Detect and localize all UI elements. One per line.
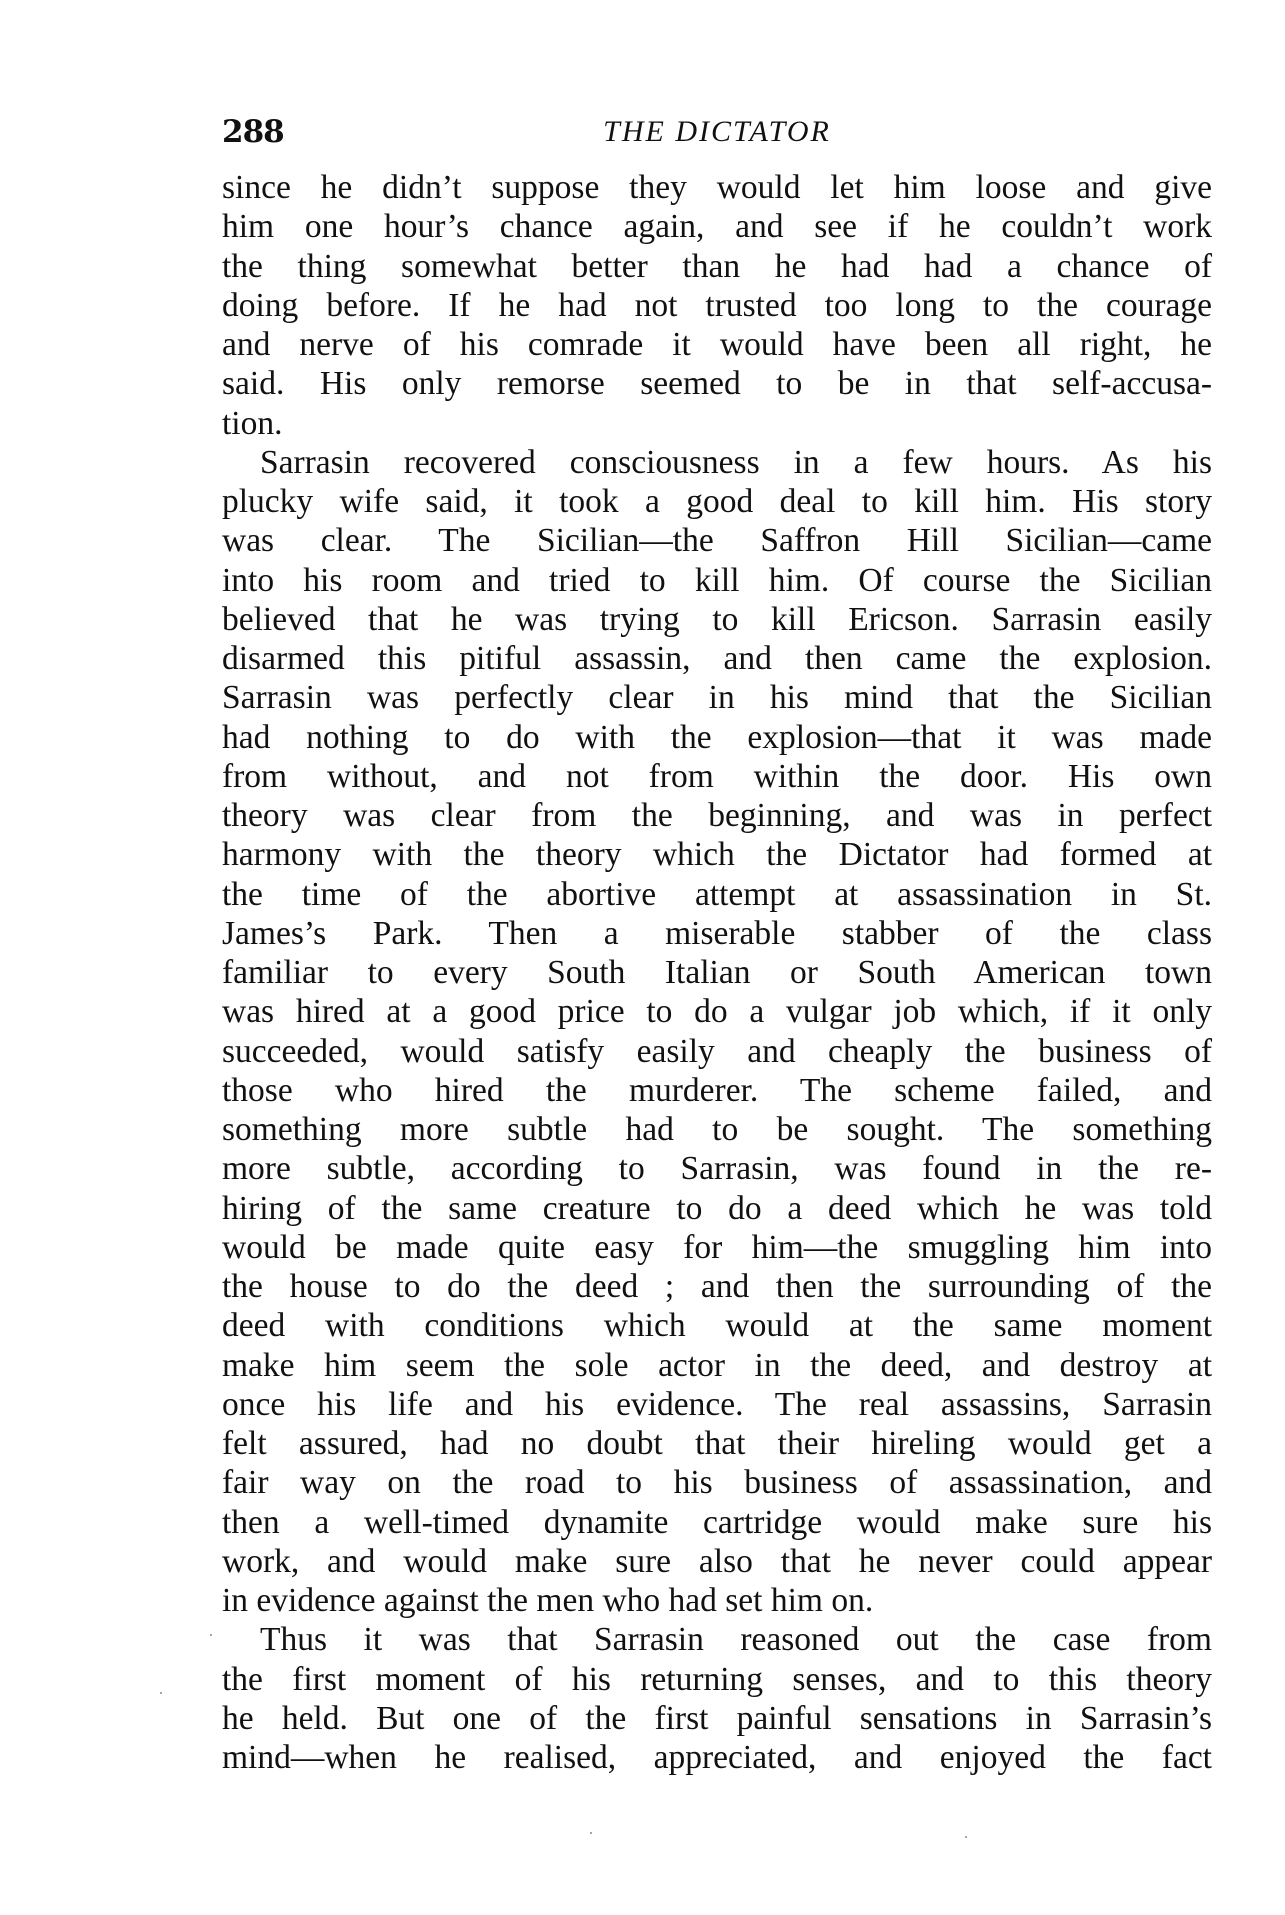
print-speck [965,1836,967,1838]
text-line: theory was clear from the beginning, and… [222,796,1212,835]
print-speck [590,1832,592,1834]
text-line: more subtle, according to Sarrasin, was … [222,1149,1212,1188]
text-line: him one hour’s chance again, and see if … [222,207,1212,246]
text-line: was hired at a good price to do a vulgar… [222,992,1212,1031]
text-line: had nothing to do with the explosion—tha… [222,718,1212,757]
text-line: into his room and tried to kill him. Of … [222,561,1212,600]
text-line: felt assured, had no doubt that their hi… [222,1424,1212,1463]
body-text: since he didn’t suppose they would let h… [222,168,1212,1777]
text-line: from without, and not from within the do… [222,757,1212,796]
text-line: familiar to every South Italian or South… [222,953,1212,992]
text-line: work, and would make sure also that he n… [222,1542,1212,1581]
text-line: the time of the abortive attempt at assa… [222,875,1212,914]
text-line: fair way on the road to his business of … [222,1463,1212,1502]
text-line: then a well-timed dynamite cartridge wou… [222,1503,1212,1542]
text-line: deed with conditions which would at the … [222,1306,1212,1345]
running-title: THE DICTATOR [222,112,1212,152]
print-speck [210,1634,212,1636]
text-line: mind—when he realised, appreciated, and … [222,1738,1212,1777]
text-line: Sarrasin was perfectly clear in his mind… [222,678,1212,717]
text-line: harmony with the theory which the Dictat… [222,835,1212,874]
text-line: the thing somewhat better than he had ha… [222,247,1212,286]
text-line: said. His only remorse seemed to be in t… [222,364,1212,403]
book-page: 288 THE DICTATOR since he didn’t suppose… [0,0,1285,1915]
text-line: once his life and his evidence. The real… [222,1385,1212,1424]
text-line: believed that he was trying to kill Eric… [222,600,1212,639]
text-line: succeeded, would satisfy easily and chea… [222,1032,1212,1071]
text-line: in evidence against the men who had set … [222,1581,1212,1620]
text-line: make him seem the sole actor in the deed… [222,1346,1212,1385]
text-line: he held. But one of the first painful se… [222,1699,1212,1738]
text-line: James’s Park. Then a miserable stabber o… [222,914,1212,953]
text-line: doing before. If he had not trusted too … [222,286,1212,325]
text-line: hiring of the same creature to do a deed… [222,1189,1212,1228]
text-line: disarmed this pitiful assassin, and then… [222,639,1212,678]
text-line: those who hired the murderer. The scheme… [222,1071,1212,1110]
text-line: plucky wife said, it took a good deal to… [222,482,1212,521]
text-line: Sarrasin recovered consciousness in a fe… [222,443,1212,482]
text-line: Thus it was that Sarrasin reasoned out t… [222,1620,1212,1659]
text-line: since he didn’t suppose they would let h… [222,168,1212,207]
text-line: something more subtle had to be sought. … [222,1110,1212,1149]
text-line: the house to do the deed ; and then the … [222,1267,1212,1306]
text-line: the first moment of his returning senses… [222,1660,1212,1699]
text-line: was clear. The Sicilian—the Saffron Hill… [222,521,1212,560]
text-line: tion. [222,404,1212,443]
print-speck [160,1692,162,1694]
text-line: would be made quite easy for him—the smu… [222,1228,1212,1267]
text-line: and nerve of his comrade it would have b… [222,325,1212,364]
running-header: 288 THE DICTATOR [222,112,1212,152]
